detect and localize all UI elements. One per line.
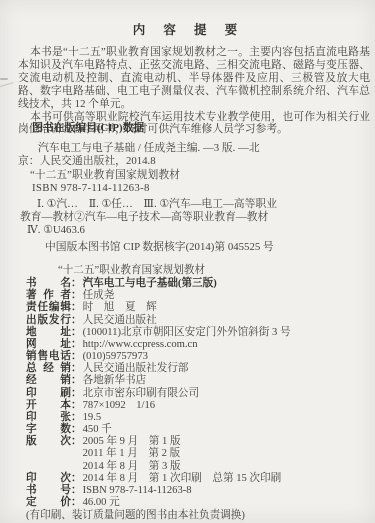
label-colon: ： xyxy=(71,315,82,327)
field-label: 销售电话 xyxy=(26,351,71,363)
field-value: 人民交通出版社发行部 xyxy=(83,363,361,375)
content-summary-title: 内 容 提 要 xyxy=(0,20,375,38)
label-colon: ： xyxy=(71,473,82,485)
field-label: 开本 xyxy=(26,400,71,412)
field-value: 787×1092 1/16 xyxy=(83,400,361,412)
field-value: 时 旭 夏 辉 xyxy=(83,302,361,314)
label-colon: ： xyxy=(71,302,82,314)
cip-class-line1: Ⅰ. ①汽… Ⅱ. ①任… Ⅲ. ①汽车—电工—高等职业 xyxy=(37,198,348,211)
cip-entry-line1: 汽车电工与电子基础 / 任成尧主编. —3 版. —北 xyxy=(38,142,348,155)
book-copyright-page: 内 容 提 要 本书是“十二五”职业教育国家规划教材之一。主要内容包括直流电路基… xyxy=(0,0,375,523)
colophon-row-impression: 印次：2014 年 8 月 第 1 次印刷 总第 15 次印刷 xyxy=(26,473,361,485)
field-label: 印次 xyxy=(26,473,71,485)
colophon-block: “十二五”职业教育国家规划教材 书名：汽车电工与电子基础(第三版) 著作者：任成… xyxy=(26,265,361,522)
colophon-row-editors: 责任编辑：时 旭 夏 辉 xyxy=(26,302,361,314)
colophon-row-word-count: 字数：450 千 xyxy=(26,424,361,436)
colophon-row-editions: 版次：2005 年 9 月 第 1 版 2011 年 1 月 第 2 版 201… xyxy=(26,436,361,472)
field-label: 书名 xyxy=(26,278,71,290)
pencil-dash-mark xyxy=(0,78,8,80)
field-label: 网址 xyxy=(26,339,71,351)
field-label: 书号 xyxy=(26,485,71,497)
colophon-row-sheets: 印张：19.5 xyxy=(26,412,361,424)
field-label: 印刷 xyxy=(26,388,71,400)
field-value: 2005 年 9 月 第 1 版 2011 年 1 月 第 2 版 2014 年… xyxy=(83,436,361,472)
colophon-row-title: 书名：汽车电工与电子基础(第三版) xyxy=(26,278,361,290)
label-colon: ： xyxy=(71,290,82,302)
colophon-row-printer: 印刷：北京市密东印刷有限公司 xyxy=(26,388,361,400)
cip-isbn: ISBN 978-7-114-11263-8 xyxy=(32,182,348,195)
field-label: 出版发行 xyxy=(26,315,71,327)
pencil-diagonal-mark xyxy=(0,82,14,87)
field-value: 北京市密东印刷有限公司 xyxy=(83,388,361,400)
field-label: 印张 xyxy=(26,412,71,424)
field-label: 经销 xyxy=(26,375,71,387)
field-value: 2014 年 8 月 第 1 次印刷 总第 15 次印刷 xyxy=(83,473,361,485)
label-colon: ： xyxy=(71,485,82,497)
label-colon: ： xyxy=(71,412,82,424)
label-colon: ： xyxy=(71,388,82,400)
label-colon: ： xyxy=(71,327,82,339)
cip-series-name: “十二五”职业教育国家规划教材 xyxy=(30,169,348,182)
field-value: 人民交通出版社 xyxy=(83,315,361,327)
colophon-row-author: 著作者：任成尧 xyxy=(26,290,361,302)
field-label: 总经销 xyxy=(26,363,71,375)
label-colon: ： xyxy=(71,424,82,436)
cip-classification: Ⅰ. ①汽… Ⅱ. ①任… Ⅲ. ①汽车—电工—高等职业 教育—教材②汽车—电子… xyxy=(18,198,348,237)
quality-exchange-note: (有印刷、装订质量问题的图书由本社负责调换) xyxy=(26,510,361,522)
field-label: 定价 xyxy=(26,497,71,509)
colophon-row-publisher: 出版发行：人民交通出版社 xyxy=(26,315,361,327)
field-label: 地址 xyxy=(26,327,71,339)
label-colon: ： xyxy=(71,375,82,387)
field-value: 46.00 元 xyxy=(83,497,361,509)
colophon-row-distributor: 经销：各地新华书店 xyxy=(26,375,361,387)
colophon-row-sales-phone: 销售电话：(010)59757973 xyxy=(26,351,361,363)
field-value: http://www.ccpress.com.cn xyxy=(83,339,361,351)
colophon-row-format: 开本：787×1092 1/16 xyxy=(26,400,361,412)
colophon-row-website: 网址：http://www.ccpress.com.cn xyxy=(26,339,361,351)
cip-record-number: 中国版本图书馆 CIP 数据核字(2014)第 045525 号 xyxy=(45,241,348,254)
field-value: 19.5 xyxy=(83,412,361,424)
label-colon: ： xyxy=(71,339,82,351)
colophon-row-general-distributor: 总经销：人民交通出版社发行部 xyxy=(26,363,361,375)
field-label: 字数 xyxy=(26,424,71,436)
field-label: 责任编辑 xyxy=(26,302,71,314)
field-value: ISBN 978-7-114-11263-8 xyxy=(83,485,361,497)
colophon-row-price: 定价：46.00 元 xyxy=(26,497,361,509)
field-value: 汽车电工与电子基础(第三版) xyxy=(83,278,361,290)
label-colon: ： xyxy=(71,436,82,448)
field-value: 任成尧 xyxy=(83,290,361,302)
cip-heading: 图书在版编目(CIP)数据 xyxy=(32,122,348,135)
field-label: 著作者 xyxy=(26,290,71,302)
label-colon: ： xyxy=(71,497,82,509)
field-value: (010)59757973 xyxy=(83,351,361,363)
cip-class-line3: Ⅳ. ①U463.6 xyxy=(27,224,348,237)
label-colon: ： xyxy=(71,363,82,375)
cip-class-line2: 教育—教材②汽车—电子技术—高等职业教育—教材 xyxy=(20,211,348,224)
colophon-row-address: 地址：(100011)北京市朝阳区安定门外外馆斜街 3 号 xyxy=(26,327,361,339)
label-colon: ： xyxy=(71,400,82,412)
field-value: 450 千 xyxy=(83,424,361,436)
cip-data-block: 图书在版编目(CIP)数据 汽车电工与电子基础 / 任成尧主编. —3 版. —… xyxy=(18,122,348,254)
summary-paragraph-1: 本书是“十二五”职业教育国家规划教材之一。主要内容包括直流电路基本知识及汽车电路… xyxy=(18,46,370,111)
field-value: (100011)北京市朝阳区安定门外外馆斜街 3 号 xyxy=(83,327,361,339)
field-label: 版次 xyxy=(26,436,71,448)
label-colon: ： xyxy=(71,351,82,363)
colophon-series-name: “十二五”职业教育国家规划教材 xyxy=(58,265,361,277)
colophon-row-isbn: 书号：ISBN 978-7-114-11263-8 xyxy=(26,485,361,497)
field-value: 各地新华书店 xyxy=(83,375,361,387)
label-colon: ： xyxy=(71,278,82,290)
cip-entry-line2: 京：人民交通出版社，2014.8 xyxy=(18,155,348,168)
